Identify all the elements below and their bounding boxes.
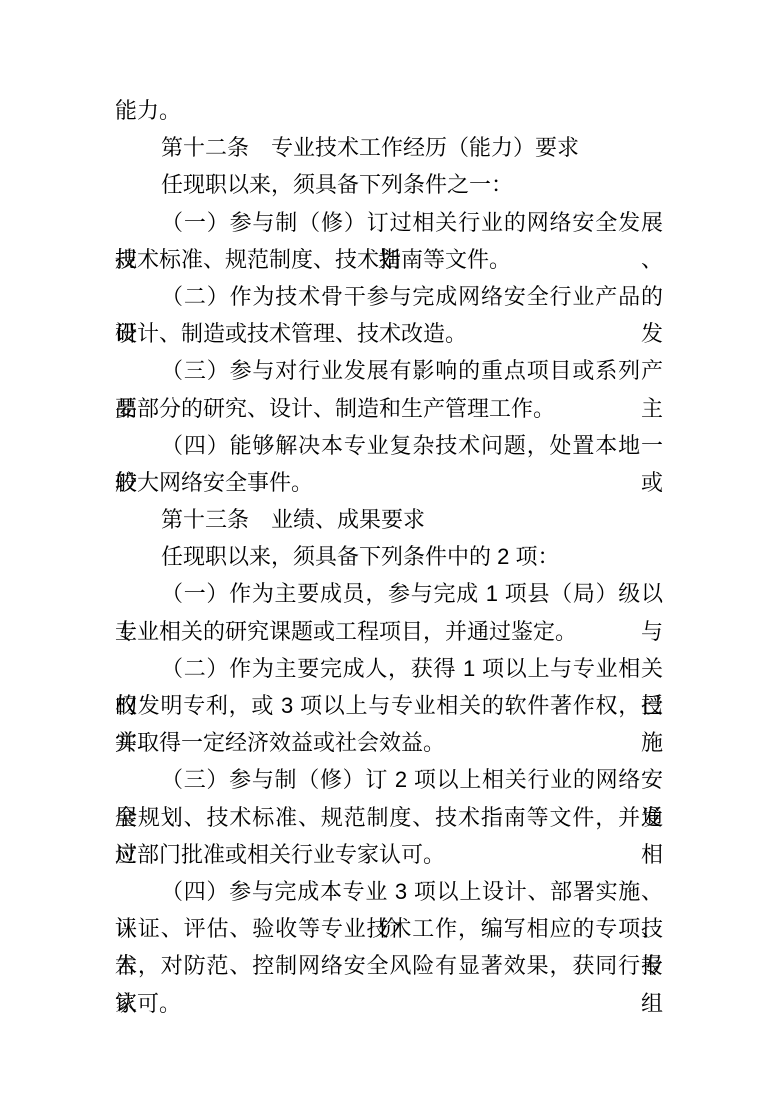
article-13-item-2-line-2: 权发明专利，或 3 项以上与专业相关的软件著作权，已实施 xyxy=(115,687,663,724)
article-12-item-1-line-1: （一）参与制（修）订过相关行业的网络安全发展规划、 xyxy=(115,204,663,241)
article-13-item-1-line-1: （一）作为主要成员，参与完成 1 项县（局）级以上与 xyxy=(115,575,663,612)
article-12-heading: 第十二条 专业技术工作经历（能力）要求 xyxy=(115,129,663,166)
article-12-intro: 任现职以来，须具备下列条件之一： xyxy=(115,166,663,203)
article-12-item-4-line-1: （四）能够解决本专业复杂技术问题，处置本地一般或 xyxy=(115,427,663,464)
article-13-intro: 任现职以来，须具备下列条件中的 2 项： xyxy=(115,538,663,575)
article-13-item-3-line-1: （三）参与制（修）订 2 项以上相关行业的网络安全发 xyxy=(115,761,663,798)
article-12-item-3-line-1: （三）参与对行业发展有影响的重点项目或系列产品主 xyxy=(115,352,663,389)
article-13-item-4-line-2: 认证、评估、验收等专业技术工作，编写相应的专项技术报 xyxy=(115,910,663,947)
article-13-item-2-line-1: （二）作为主要完成人，获得 1 项以上与专业相关的授 xyxy=(115,650,663,687)
article-12-item-2-line-1: （二）作为技术骨干参与完成网络安全行业产品的研发 xyxy=(115,278,663,315)
article-13-item-4-line-1: （四）参与完成本专业 3 项以上设计、部署实施、评价、 xyxy=(115,873,663,910)
document-page: 能力。第十二条 专业技术工作经历（能力）要求任现职以来，须具备下列条件之一：（一… xyxy=(0,0,777,1099)
article-13-heading: 第十三条 业绩、成果要求 xyxy=(115,501,663,538)
para-continuation-line: 能力。 xyxy=(115,92,663,129)
article-13-item-4-line-3: 告，对防范、控制网络安全风险有显著效果，获同行专家组 xyxy=(115,947,663,984)
document-text-block: 能力。第十二条 专业技术工作经历（能力）要求任现职以来，须具备下列条件之一：（一… xyxy=(115,92,663,1022)
article-13-item-3-line-2: 展规划、技术标准、规范制度、技术指南等文件，并通过相 xyxy=(115,799,663,836)
